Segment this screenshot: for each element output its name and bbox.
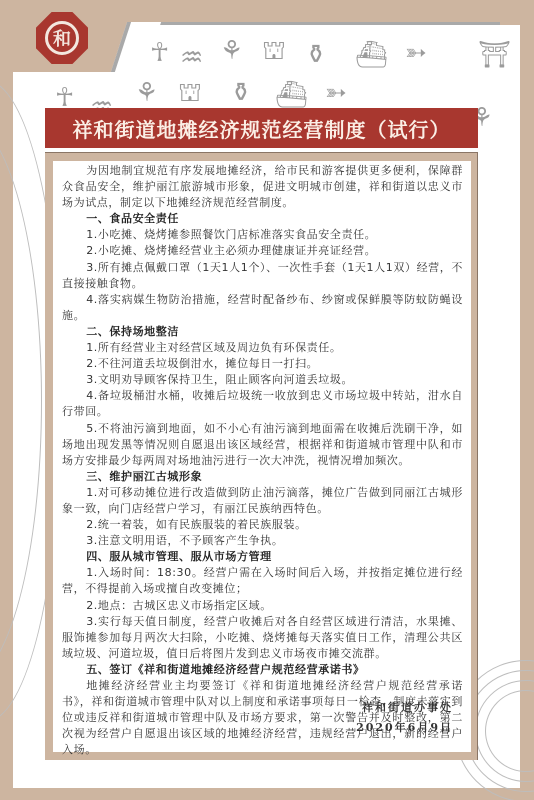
section-item: 2.统一着装，如有民族服装的着民族服装。	[62, 517, 463, 533]
section-item: 1.入场时间：18:30。经营户需在入场时间后入场，并按指定摊位进行经营，不得提…	[62, 565, 463, 597]
section-heading: 二、保持场地整洁	[62, 324, 463, 340]
pictograph-icon: ⛴	[275, 82, 308, 108]
xianghe-logo-icon: 和	[45, 21, 79, 55]
section-item: 4.落实病媒生物防治措施，经营时配备纱布、纱窗或保鲜膜等防蚊防蝇设施。	[62, 292, 463, 324]
section-item: 3.注意文明用语，不予顾客产生争执。	[62, 533, 463, 549]
pictograph-icon: ☥	[150, 40, 169, 66]
section-item: 3.所有摊点佩戴口罩（1天1人1个）、一次性手套（1天1人1双）经营，不直接接触…	[62, 260, 463, 292]
pictograph-icon: ➳	[325, 80, 347, 106]
section-item: 1.小吃摊、烧烤摊参照餐饮门店标准落实食品安全责任。	[62, 227, 463, 243]
pictograph-icon: ➳	[405, 40, 427, 66]
document-body: 为因地制宜规范有序发展地摊经济，给市民和游客提供更多便利，保障群众食品安全，维护…	[53, 161, 471, 752]
page-title: 祥和街道地摊经济规范经营制度（试行）	[45, 108, 478, 148]
section-heading: 三、维护丽江古城形象	[62, 469, 463, 485]
pictograph-icon: ⛫	[262, 38, 286, 64]
document-frame: 为因地制宜规范有序发展地摊经济，给市民和游客提供更多便利，保障群众食品安全，维护…	[45, 152, 478, 760]
signature-date: 2020年6月9日	[356, 718, 453, 738]
pictograph-icon: ⚱	[230, 80, 252, 106]
signature-org: 祥和街道办事处	[356, 698, 453, 718]
section-heading: 一、食品安全责任	[62, 211, 463, 227]
pictograph-icon: ⛩	[478, 42, 511, 68]
section-item: 1.所有经营业主对经营区域及周边负有环保责任。	[62, 340, 463, 356]
pictograph-icon: ♒	[180, 45, 203, 71]
section-item: 4.备垃圾桶泔水桶，收摊后垃圾统一收放到忠义市场垃圾中转站，泔水自行带回。	[62, 388, 463, 420]
section-heading: 四、服从城市管理、服从市场方管理	[62, 549, 463, 565]
section-item: 5.不将油污滴到地面，如不小心有油污滴到地面需在收摊后洗刷干净，如场地出现发黑等…	[62, 421, 463, 469]
section-item: 1.对可移动摊位进行改造做到防止油污滴落，摊位广告做到同丽江古城形象一致，向门店…	[62, 485, 463, 517]
section-heading: 五、签订《祥和街道地摊经济经营户规范经营承诺书》	[62, 662, 463, 678]
intro-paragraph: 为因地制宜规范有序发展地摊经济，给市民和游客提供更多便利，保障群众食品安全，维护…	[62, 163, 463, 211]
signature-block: 祥和街道办事处 2020年6月9日	[356, 698, 453, 738]
section-item: 2.不往河道丢垃圾倒泔水，摊位每日一打扫。	[62, 356, 463, 372]
logo: 和	[36, 12, 88, 64]
section-item: 3.文明劝导顾客保持卫生，阻止顾客向河道丢垃圾。	[62, 372, 463, 388]
pictograph-icon: ⛴	[355, 42, 388, 68]
pictograph-icon: ⚘	[135, 80, 158, 106]
pictograph-icon: ⛫	[178, 80, 202, 106]
pictograph-icon: ⚘	[220, 38, 243, 64]
pictograph-icon: ⚱	[305, 42, 327, 68]
section-item: 2.小吃摊、烧烤摊经营业主必须办理健康证并亮证经营。	[62, 243, 463, 259]
section-item: 3.实行每天值日制度，经营户收摊后对各自经营区域进行清洁，水果摊、服饰摊参加每月…	[62, 614, 463, 662]
section-item: 2.地点：古城区忠义市场指定区域。	[62, 598, 463, 614]
